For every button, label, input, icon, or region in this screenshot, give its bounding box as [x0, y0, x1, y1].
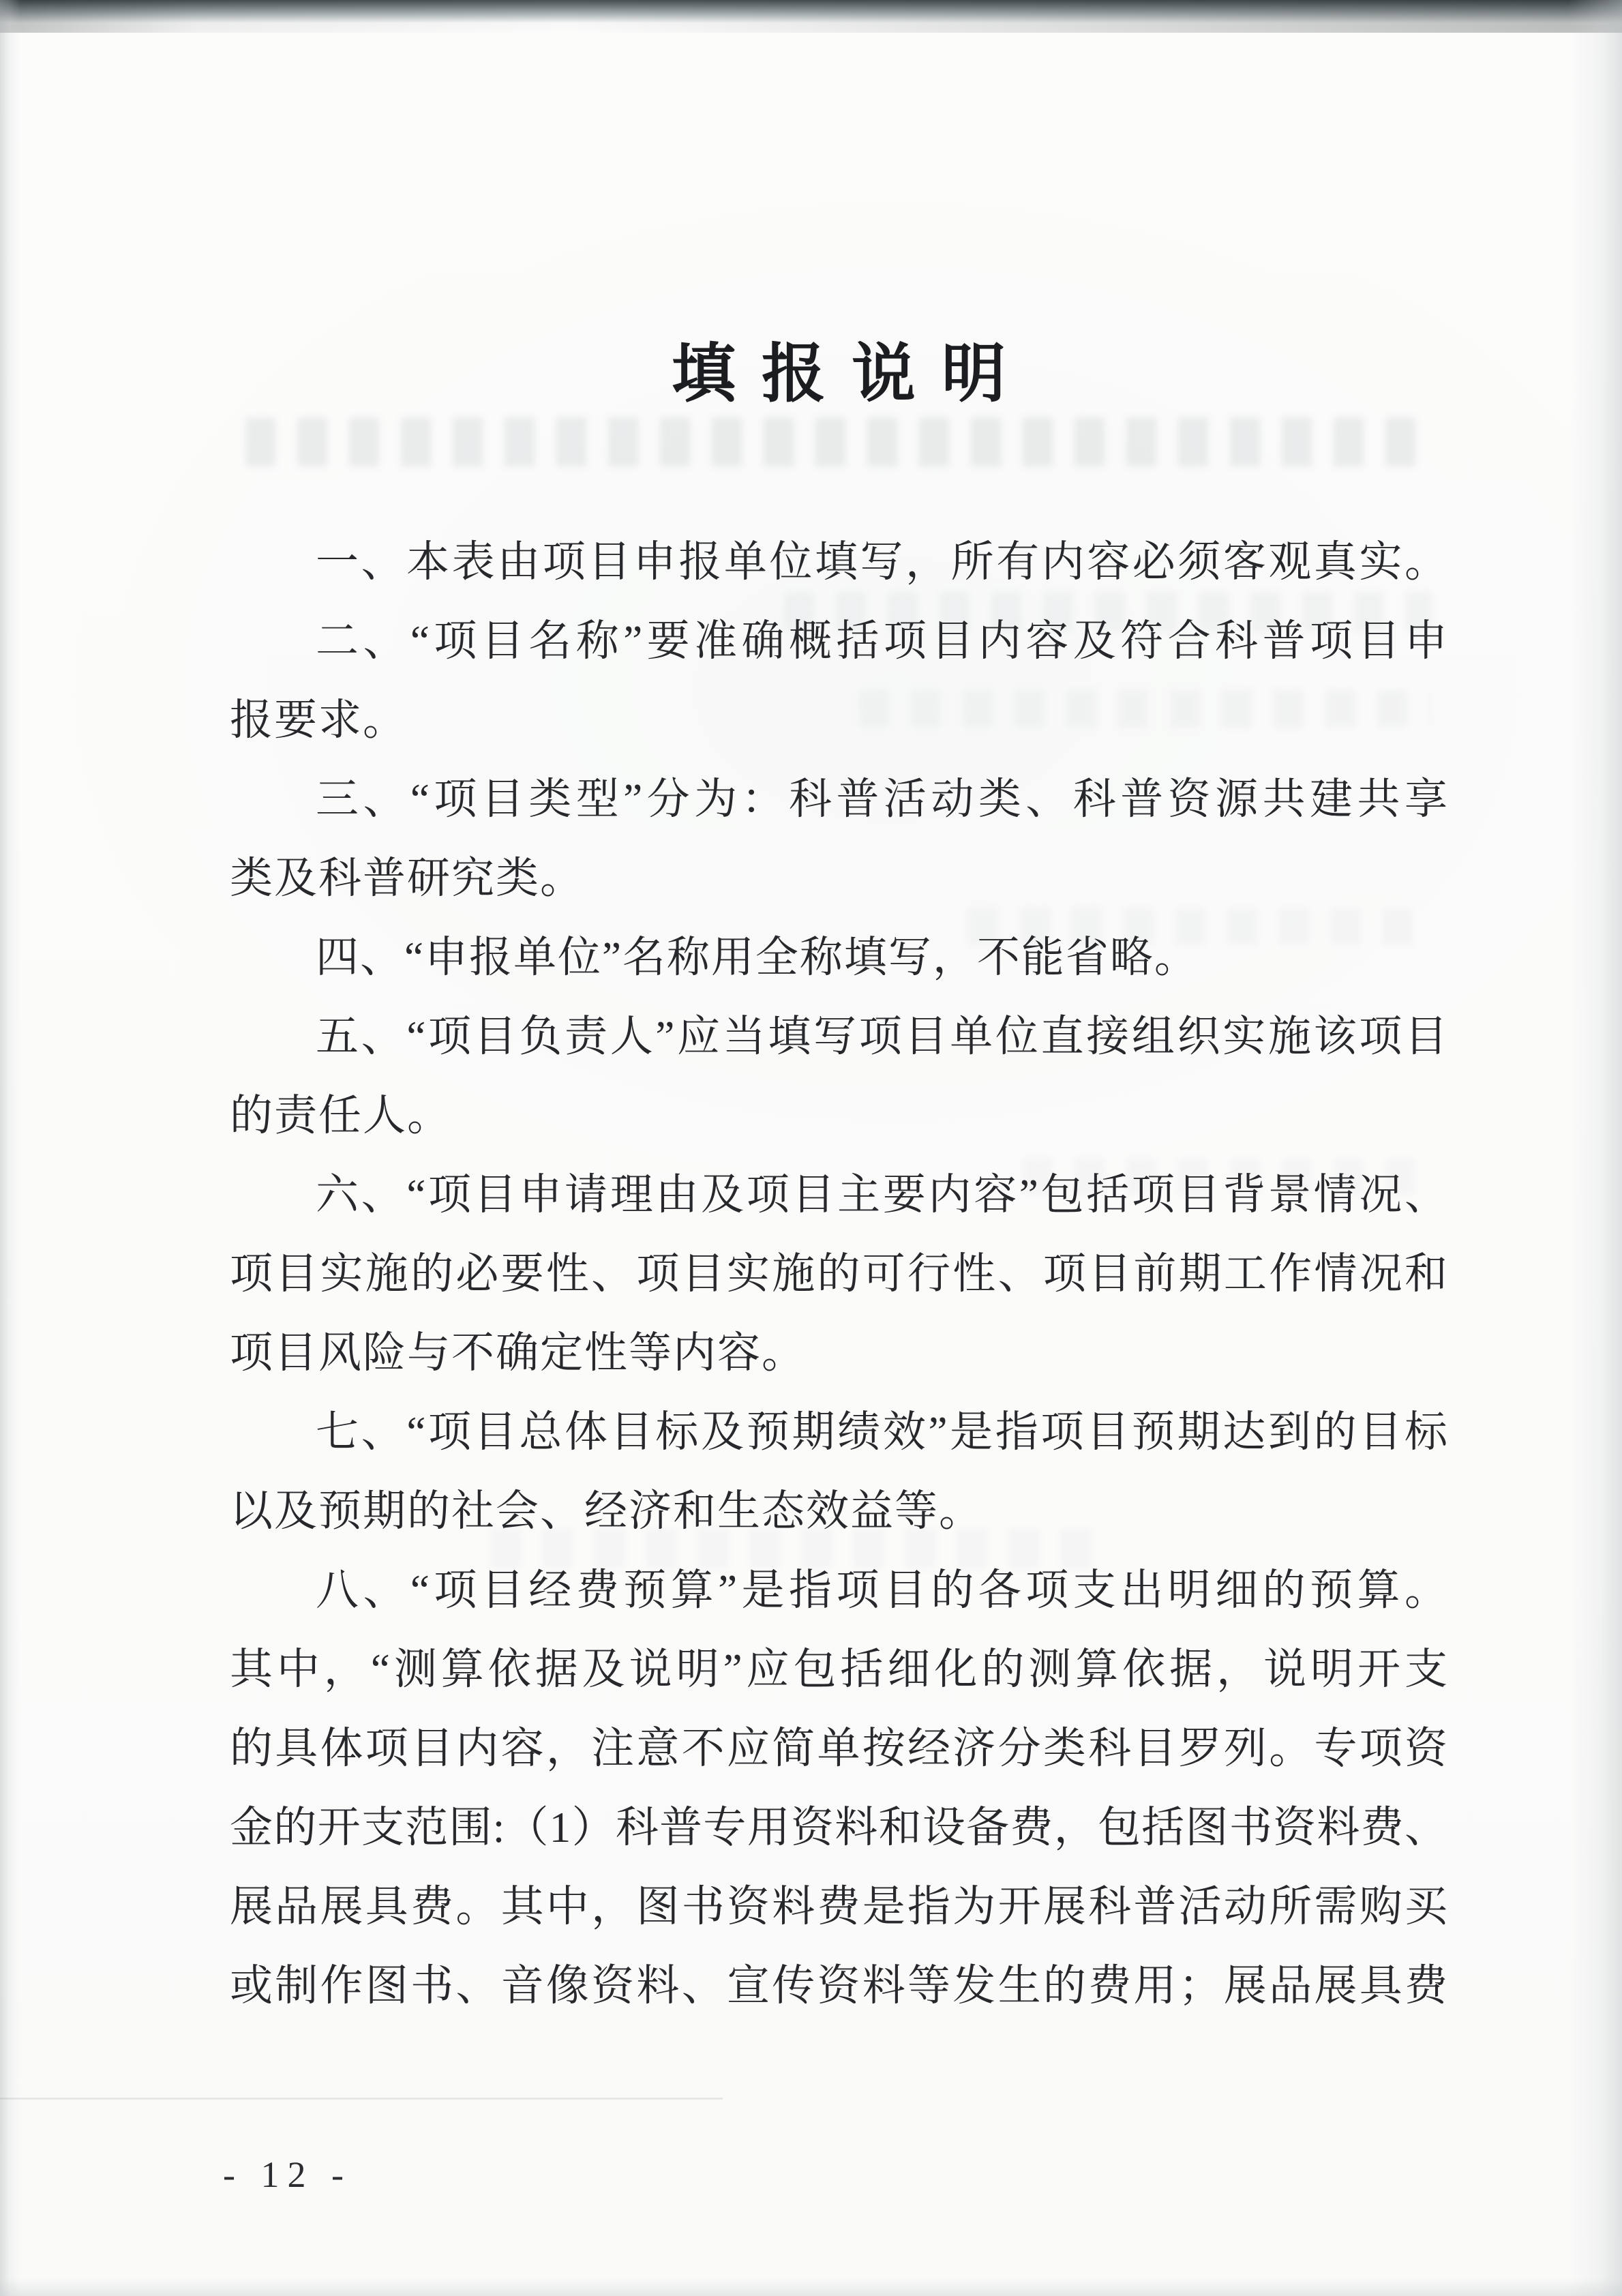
scan-edge-right: [1569, 0, 1622, 2296]
title-row: 填报说明: [230, 340, 1447, 410]
body-line: 一、本表由项目申报单位填写，所有内容必须客观真实。: [230, 522, 1447, 601]
body-line: 类及科普研究类。: [230, 839, 1447, 918]
body-line: 金的开支范围:（1）科普专用资料和设备费，包括图书资料费、: [230, 1788, 1447, 1867]
body-line: 以及预期的社会、经济和生态效益等。: [230, 1472, 1447, 1551]
body-line: 三、“项目类型”分为：科普活动类、科普资源共建共享: [230, 760, 1447, 839]
body-line: 五、“项目负责人”应当填写项目单位直接组织实施该项目: [230, 997, 1447, 1076]
body-line: 四、“申报单位”名称用全称填写，不能省略。: [230, 918, 1447, 997]
body-line: 报要求。: [230, 681, 1447, 760]
body-line: 或制作图书、音像资料、宣传资料等发生的费用；展品展具费: [230, 1946, 1447, 2025]
body-line: 其中，“测算依据及说明”应包括细化的测算依据，说明开支: [230, 1630, 1447, 1709]
body-line: 二、“项目名称”要准确概括项目内容及符合科普项目申: [230, 601, 1447, 681]
instructions-body: 一、本表由项目申报单位填写，所有内容必须客观真实。 二、“项目名称”要准确概括项…: [230, 522, 1447, 2025]
page-title: 填报说明: [672, 340, 1032, 410]
scanned-document-page: 填报说明 一、本表由项目申报单位填写，所有内容必须客观真实。 二、“项目名称”要…: [0, 0, 1622, 2296]
page-number: - 12 -: [223, 2153, 352, 2196]
body-line: 的责任人。: [230, 1076, 1447, 1155]
body-line: 展品展具费。其中，图书资料费是指为开展科普活动所需购买: [230, 1867, 1447, 1946]
scan-edge-bottom: [0, 2278, 1622, 2296]
scan-edge-top: [0, 0, 1622, 33]
body-line: 八、“项目经费预算”是指项目的各项支出明细的预算。: [230, 1551, 1447, 1630]
body-line: 七、“项目总体目标及预期绩效”是指项目预期达到的目标: [230, 1392, 1447, 1472]
body-line: 项目实施的必要性、项目实施的可行性、项目前期工作情况和: [230, 1234, 1447, 1313]
body-line: 的具体项目内容，注意不应简单按经济分类科目罗列。专项资: [230, 1709, 1447, 1788]
body-line: 六、“项目申请理由及项目主要内容”包括项目背景情况、: [230, 1155, 1447, 1234]
bleed-through-artifact: [245, 417, 1432, 466]
scan-edge-left: [0, 0, 20, 2296]
scan-line-artifact: [0, 2098, 723, 2100]
body-line: 项目风险与不确定性等内容。: [230, 1313, 1447, 1392]
